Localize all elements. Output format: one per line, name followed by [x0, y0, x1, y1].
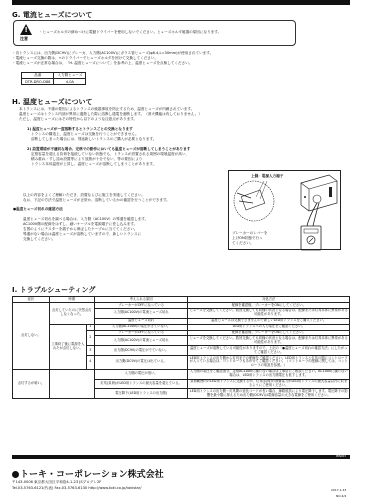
- check-line: 右図のようにテスターを端子から伸ばしたケーブルに当ててください。: [23, 227, 138, 231]
- action-cell: 温度ヒューズが溶断している可能性がありますので、上記の「●温度ヒューズ切れの確認…: [188, 346, 350, 356]
- caution-text: ・ヒューズホルダの締めつけに電動ドライバーを使用しないでください。ヒューズホルダ…: [39, 30, 221, 35]
- fuse-cell: DTR-DRO-D88: [22, 79, 54, 85]
- h-point-line: トランス本体温度が上昇し、温度ヒューズが溶断してしまうことがあります。: [31, 162, 156, 166]
- h-point-line: 定格容量を超える負荷を接続していない状態でも、トランスが設置される周囲の環境温度…: [31, 152, 189, 156]
- h-point-line: 溶断してしまった場合には、別途新しいトランスのご購入が必要となります。: [31, 137, 156, 141]
- step-number: 2: [86, 330, 94, 346]
- action-cell: ヒューズを交換してください。数回交換しても同様の状況となる場合は、配線または灯具…: [188, 336, 350, 346]
- step-number: 4: [86, 356, 94, 370]
- cause-cell: 出力側(DC9V)の電圧がでていない。: [94, 346, 188, 356]
- check-method-title: ●温度ヒューズ切れの確認方法: [13, 207, 63, 211]
- check-line: 交換してください。: [23, 237, 55, 241]
- action-cell: LED用トランスの出力側〜灯具間の延長コードが長い場合、線路抵抗により電圧降下し…: [188, 389, 350, 399]
- h-closing: 以上の内容をよくご理解いただき、設置ならびに施工を実施してください。: [23, 193, 145, 197]
- diagram-note: 上げON状態で行っ: [232, 236, 263, 240]
- h-point-heading: 2) 設置環境が不適切な場合、定格での動作においても温度ヒューズが溶断してしまう…: [27, 147, 190, 151]
- warning-icon: [20, 24, 32, 35]
- fuse-cell: 4.0A: [54, 79, 86, 85]
- action-cell: LED用トランスの出力側から灯具までの配線をご確認ください。LED用トランスと灯…: [188, 356, 350, 370]
- caution-label: 注意: [20, 36, 28, 42]
- g-bullet: ・電流ヒューズ交換の際は、+のドライバーでヒューズホルダを回けて交換してください…: [12, 56, 158, 60]
- timing-cell: 点灯していたのに突然点灯しなくなった。: [49, 303, 94, 325]
- troubleshooting-table: 症状 時期 考えられる原因 対処方法 点灯しない。 点灯していたのに突然点灯しな…: [12, 296, 350, 399]
- g-bullet: ・電流ヒューズが正常な場合は、「H. 温度ヒューズについて」を参考の上、温度ヒュ…: [12, 61, 192, 65]
- company-contact: Tel.03-5763-6121(代表) Fax.03-5763-6130 ht…: [12, 486, 141, 490]
- company-logo: トーキ・コーポレーション株式会社: [12, 467, 164, 480]
- logo-mark-icon: [12, 471, 19, 478]
- check-line: 温度ヒューズ切れを調べる場合は、入力側（AC100V）の導通を確認します。: [23, 217, 148, 221]
- table-row: 点灯するが暗い。 入力側の電圧が低い。 入力側の電圧をご確認頂き、定格AC100…: [13, 369, 350, 379]
- timing-cell: 工事終了後に電源を入れたが点灯しない。: [49, 324, 86, 369]
- tester-diagram: 上側：電源入力端子 ブレーカーのレバーを 上げON状態で行っ てください。: [228, 170, 341, 250]
- cause-cell: 入力側の電圧が低い。: [94, 369, 188, 379]
- issue-date: 2017.1.23: [331, 488, 346, 492]
- h-point-heading: 1) 温度ヒューズが一度溶断するとトランスごとの交換となります: [27, 127, 133, 131]
- h-closing: なお、下記の方法で温度ヒューズが正常か、溶断しているかの確認を行うことができます…: [23, 198, 170, 202]
- fuse-table: 品番 入力側ヒューズ DTR-DRO-D88 4.0A: [21, 72, 86, 85]
- header-bar: [12, 0, 350, 5]
- caution-box: 注意 ・ヒューズホルダの締めつけに電動ドライバーを使用しないでください。ヒューズ…: [13, 20, 296, 46]
- cause-cell: 電圧降下(LED用トランスの出力側): [94, 389, 188, 399]
- action-cell: 負荷範囲内のLED用トランスに交換するか、灯具(負荷)の消費電力がLED用トラン…: [188, 379, 350, 389]
- h-intro: ただし、温度ヒューズにはその特性から以下のような注意点があります。: [19, 117, 137, 121]
- doc-code: PKN003: [336, 455, 346, 459]
- company-name: トーキ・コーポレーション株式会社: [20, 470, 164, 480]
- h-point-line: トランスの構造上、温度ヒューズは交換を行うことができません。: [31, 132, 139, 136]
- cause-cell: 出力側(DC9V)の電圧は出ている。: [94, 356, 188, 370]
- h-intro: 本トランスには、不慮の要因によるトランスの焼損事故を防止するため、温度ヒューズが…: [19, 107, 194, 111]
- h-point-line: 積み重ね・すし詰め設置等により放熱が十分でない、等の要因により: [31, 157, 142, 161]
- section-h-title: H. 温度ヒューズについて: [12, 97, 92, 107]
- fuse-header: 入力側ヒューズ: [54, 73, 86, 79]
- footer-bar: [12, 455, 350, 459]
- timing-cell: [49, 369, 94, 398]
- check-line: 導通がない場合は温度ヒューズが溶断していますので、新しいトランスに: [23, 232, 141, 236]
- section-g-title: G. 電流ヒューズについて: [12, 10, 92, 20]
- symptom-cell: 点灯しない。: [13, 303, 50, 370]
- check-line: AC100V側の配線をはずし、細いケーブルを電源端子に差し込みます。: [23, 222, 137, 226]
- h-intro: 温度ヒューズはトランス内部が異常に過熱した際に溶断し通電を遮断します。（消火機能…: [19, 112, 202, 116]
- diagram-note: てください。: [232, 241, 254, 245]
- page-number: NO.4/4: [336, 494, 346, 498]
- company-address: 〒143-0006 東京都大田区平和島4-1-23 JSプログレ2F: [12, 480, 101, 484]
- cause-cell: 入力側(AC100V)の電流ヒューズ切れ: [94, 308, 188, 318]
- section-i-title: I. トラブルシューティング: [12, 285, 95, 295]
- step-number: 3: [86, 346, 94, 356]
- cause-cell: 灯具(負荷)がLED用トランスの最大容量を超えている。: [94, 379, 188, 389]
- action-cell: ヒューズを交換してください。数回交換しても同様の状況となる場合は、配線または灯具…: [188, 308, 350, 318]
- g-bullet: ・各トランスには、出力側(DC9V)にブレーカ、入力側(AC100V)にガラス管…: [12, 51, 213, 55]
- action-cell: 入力側の電圧をご確認頂き、定格AC100Vに満たない場合は工事店にご相談ください…: [188, 369, 350, 379]
- symptom-cell: 点灯するが暗い。: [13, 369, 50, 398]
- cause-cell: 入力側(AC100V)の電流ヒューズ切れ: [94, 336, 188, 346]
- diagram-note: ブレーカーのレバーを: [232, 231, 267, 235]
